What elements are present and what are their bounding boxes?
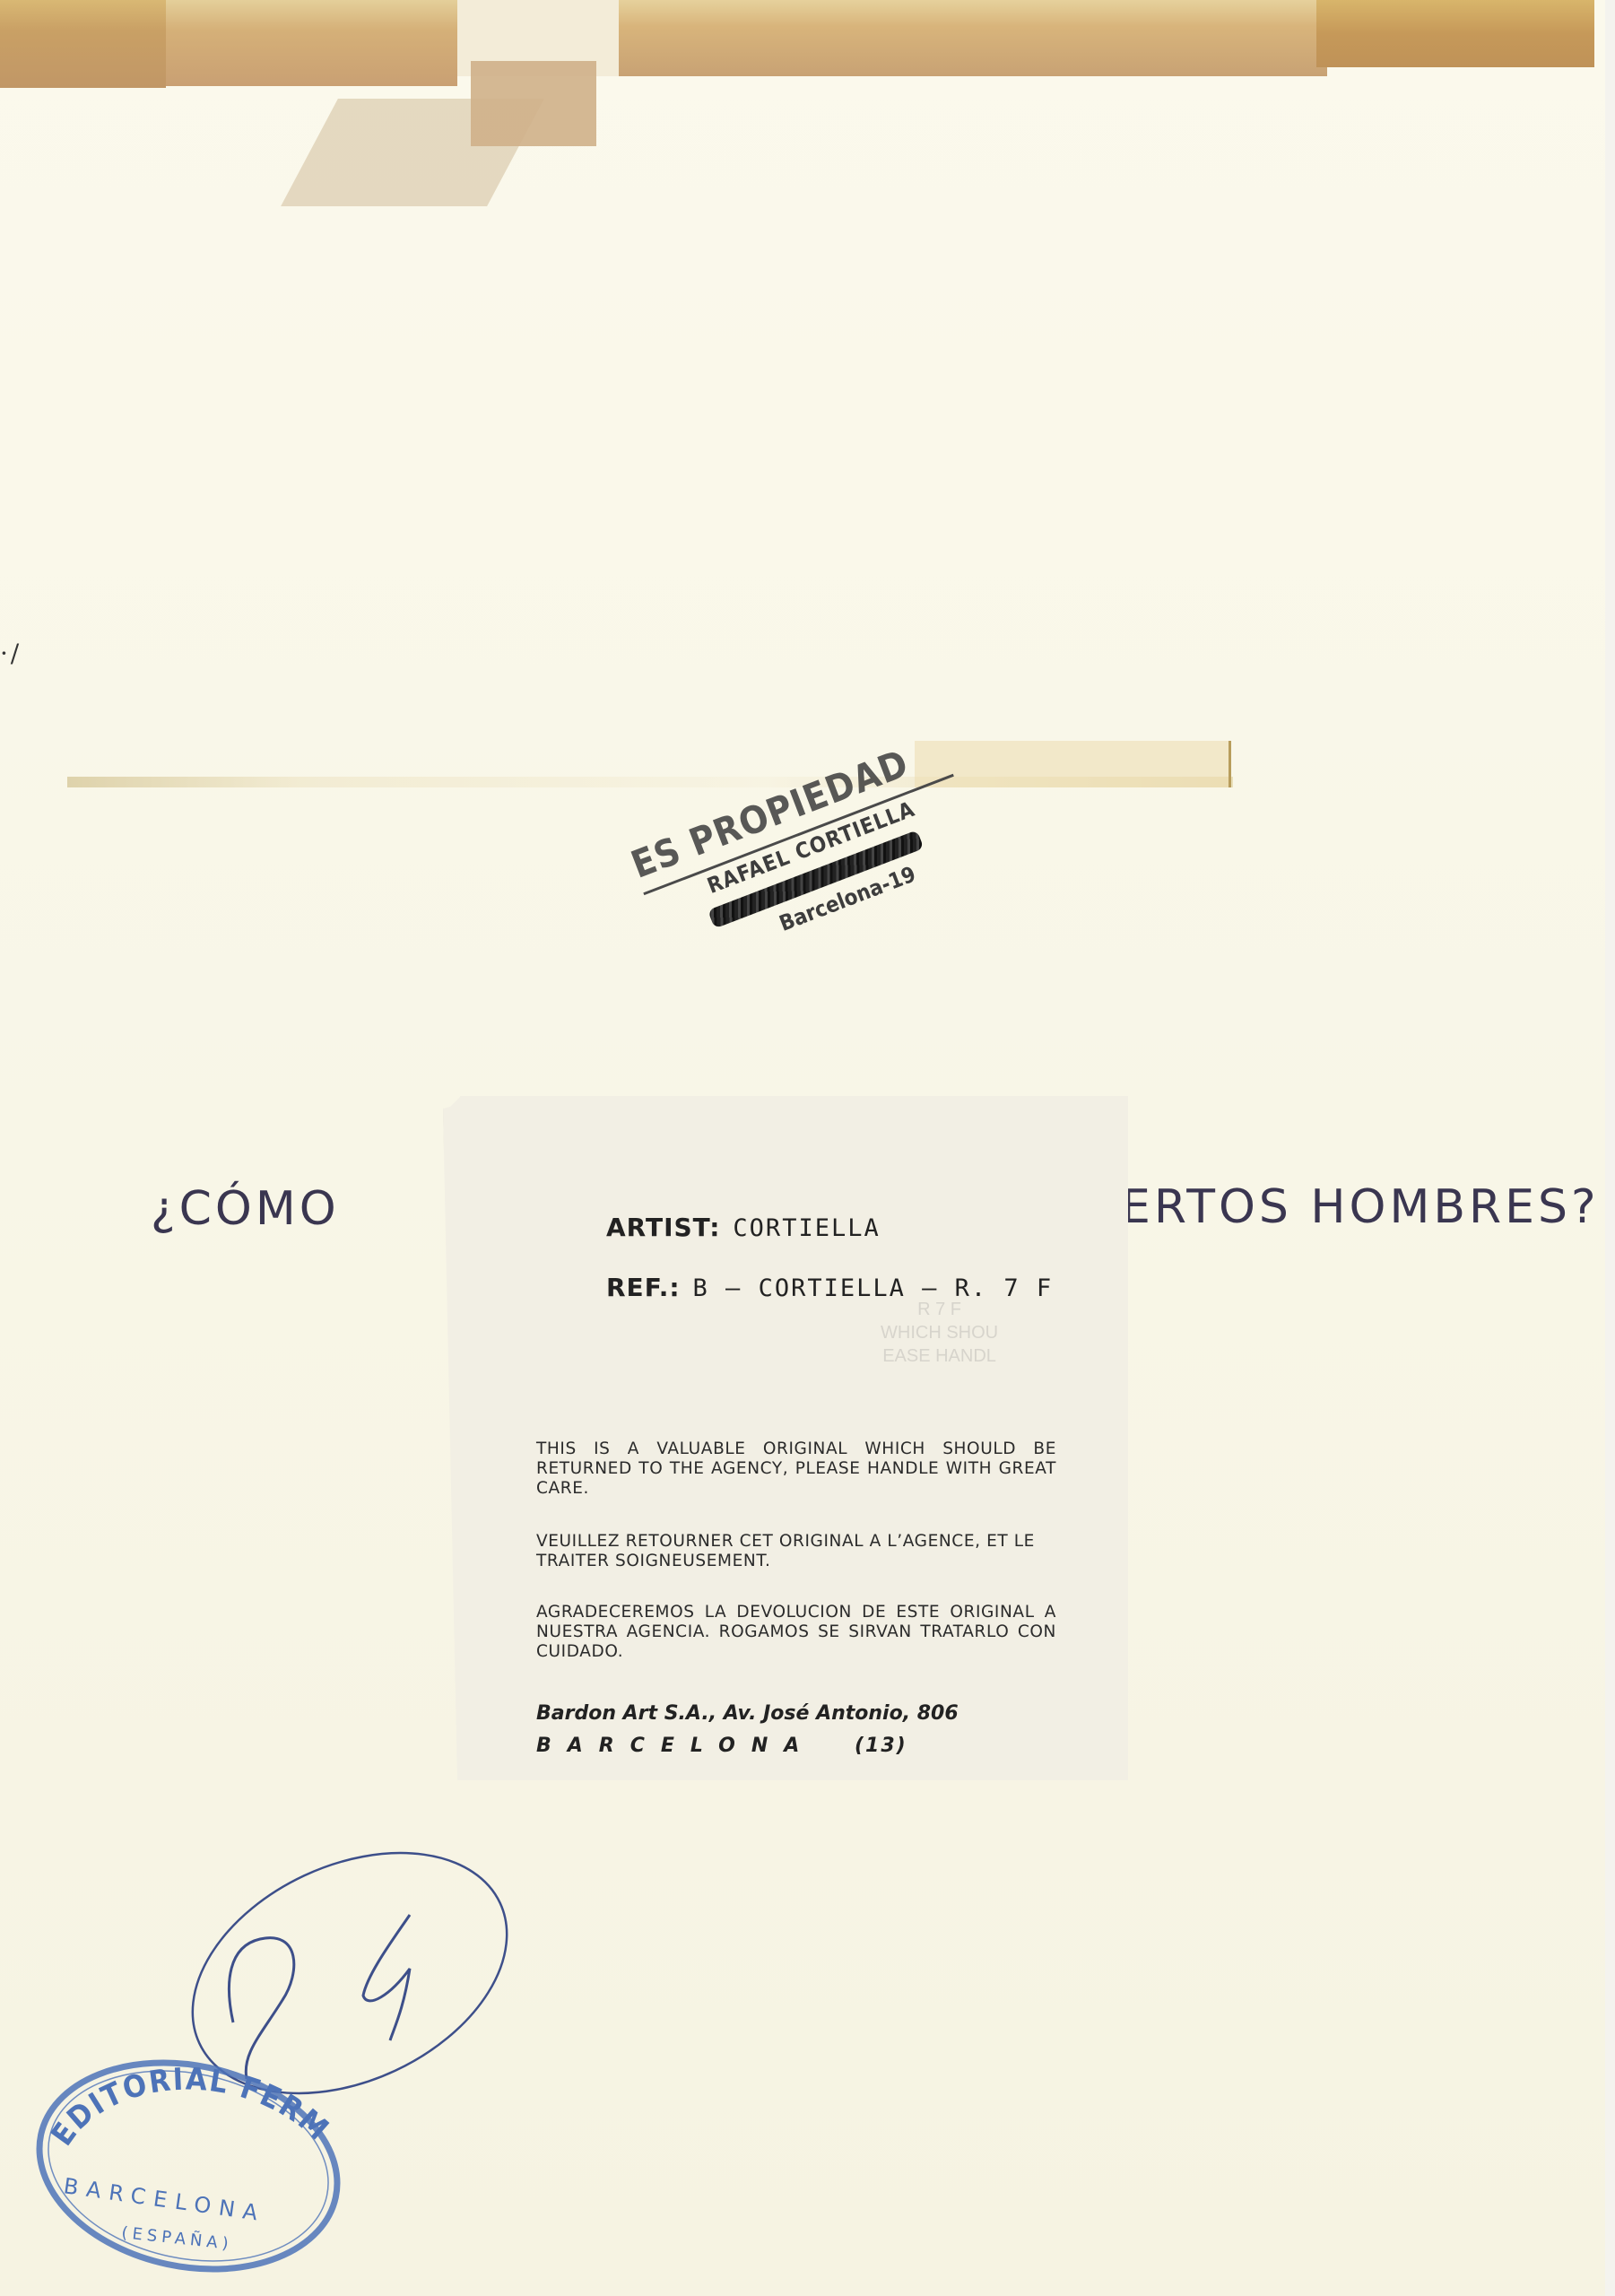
editorial-stamp: EDITORIAL FERMA BARCELONA (ESPAÑA)	[18, 2031, 359, 2292]
notice-spanish-text: AGRADECEREMOS LA DEVOLUCION DE ESTE ORIG…	[536, 1603, 1056, 1662]
notice-english: THIS IS A VALUABLE ORIGINAL WHICH SHOULD…	[536, 1439, 1056, 1499]
label-show-through-text: R 7 F WHICH SHOU EASE HANDL	[881, 1298, 998, 1368]
agency-postal-district: (13)	[855, 1735, 907, 1757]
notice-french-text: VEUILLEZ RETOURNER CET ORIGINAL A L’AGEN…	[536, 1532, 1056, 1571]
agency-city-line: BARCELONA (13)	[536, 1735, 907, 1757]
ref-key: REF.:	[606, 1273, 681, 1302]
agency-label: R 7 F WHICH SHOU EASE HANDL ARTIST: CORT…	[443, 1096, 1128, 1780]
show-through-line: WHICH SHOU	[881, 1321, 998, 1344]
artist-key: ARTIST:	[606, 1213, 720, 1242]
agency-address: Bardon Art S.A., Av. José Antonio, 806	[536, 1702, 959, 1725]
artist-row: ARTIST: CORTIELLA	[606, 1213, 881, 1242]
handwritten-title-left: ¿CÓMO	[151, 1182, 340, 1236]
notice-english-text: THIS IS A VALUABLE ORIGINAL WHICH SHOULD…	[536, 1439, 1056, 1499]
tape-strip-hanging	[471, 61, 596, 146]
ref-row: REF.: B – CORTIELLA – R. 7 F	[606, 1273, 1053, 1302]
artist-value: CORTIELLA	[733, 1214, 880, 1242]
editorial-stamp-city: BARCELONA	[62, 2173, 267, 2226]
tape-strip	[619, 0, 1327, 76]
handwritten-title-right: ERTOS HOMBRES?	[1121, 1180, 1600, 1234]
show-through-line: EASE HANDL	[881, 1344, 998, 1368]
notice-spanish: AGRADECEREMOS LA DEVOLUCION DE ESTE ORIG…	[536, 1603, 1056, 1662]
page-edge	[1605, 0, 1615, 2296]
tape-strip	[166, 0, 457, 86]
property-stamp: ES PROPIEDAD RAFAEL CORTIELLA Barcelona-…	[601, 679, 1010, 1000]
notice-french: VEUILLEZ RETOURNER CET ORIGINAL A L’AGEN…	[536, 1532, 1056, 1571]
circled-number-value: 24	[444, 2102, 446, 2104]
ref-value: B – CORTIELLA – R. 7 F	[693, 1274, 1054, 1302]
tape-strip	[1316, 0, 1594, 67]
editorial-stamp-country: (ESPAÑA)	[120, 2222, 233, 2254]
agency-city: BARCELONA	[536, 1735, 815, 1757]
artwork-back-page: · / ES PROPIEDAD RAFAEL CORTIELLA Barcel…	[0, 0, 1607, 2296]
tape-strip	[0, 0, 166, 88]
margin-mark: · /	[0, 639, 19, 668]
